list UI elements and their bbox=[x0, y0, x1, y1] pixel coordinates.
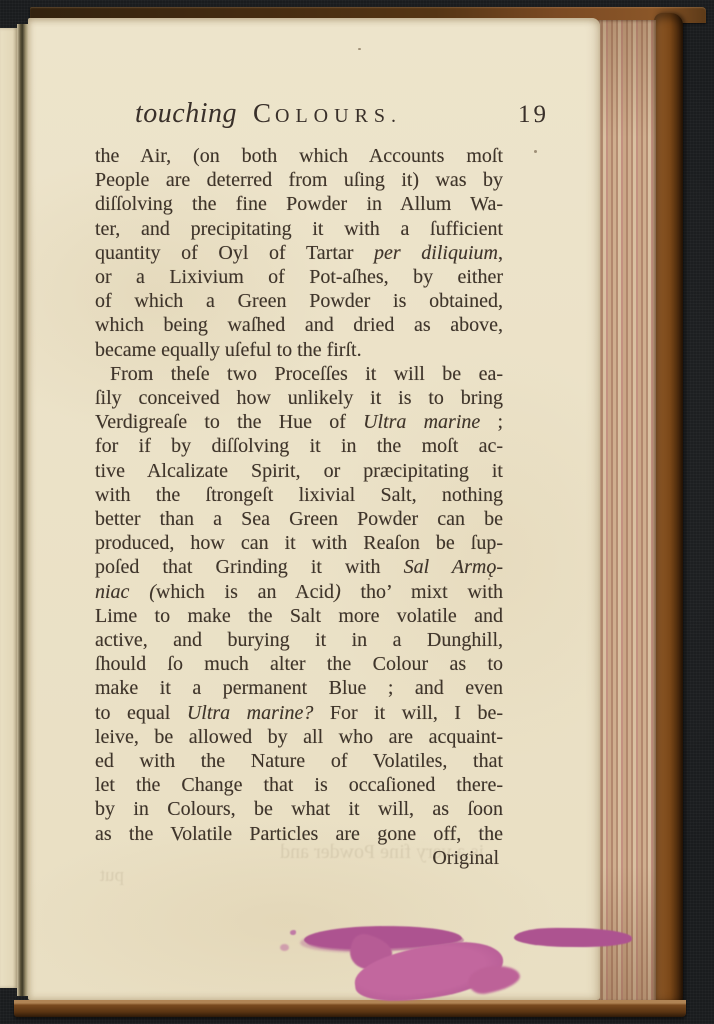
book-cover-edge bbox=[654, 13, 683, 1011]
text-line: Verdigreaſe to the Hue of Ultra marine ; bbox=[95, 410, 503, 434]
showthrough-line: is a very fine Powder and bbox=[64, 840, 484, 864]
paper-speck bbox=[488, 578, 490, 580]
text-line: Lime to make the Salt more volatile and bbox=[95, 604, 503, 628]
text-line: by in Colours, be what it will, as ſoon bbox=[95, 797, 503, 821]
running-title-caps: COLOURS. bbox=[253, 98, 402, 129]
text-line: niac (which is an Acid) tho’ mixt with bbox=[95, 580, 503, 604]
text-line: leive, be allowed by all who are acquain… bbox=[95, 725, 503, 749]
text-line: let the Change that is occaſioned there- bbox=[95, 773, 503, 797]
running-title-italic: touching bbox=[135, 98, 237, 130]
ink-stain-speck bbox=[280, 944, 289, 951]
text-line: active, and burying it in a Dunghill, bbox=[95, 628, 503, 652]
paragraph-1: the Air, (on both which Accounts moſtPeo… bbox=[95, 144, 503, 362]
photo-background: touching COLOURS. 19 the Air, (on both w… bbox=[0, 0, 714, 1024]
page-stack-fore-edge bbox=[598, 20, 656, 1004]
text-line: tive Alcalizate Spirit, or præcipitating… bbox=[95, 459, 503, 483]
text-line: ter, and precipitating it with a ſuffici… bbox=[95, 217, 503, 241]
text-line: diſſolving the fine Powder in Allum Wa- bbox=[95, 192, 503, 216]
text-line: for if by diſſolving it in the moſt ac- bbox=[95, 434, 503, 458]
paragraph-2: From theſe two Proceſſes it will be ea-ſ… bbox=[95, 362, 503, 846]
text-line: which being waſhed and dried as above, bbox=[95, 313, 503, 337]
text-line: of which a Green Powder is obtained, bbox=[95, 289, 503, 313]
text-line: or a Lixivium of Pot-aſhes, by either bbox=[95, 265, 503, 289]
paper-speck bbox=[148, 778, 150, 781]
book-bottom-edge bbox=[14, 1000, 686, 1017]
ink-stain-speck bbox=[290, 930, 296, 935]
facing-page-sliver bbox=[0, 28, 18, 988]
text-line: quantity of Oyl of Tartar per diliquium, bbox=[95, 241, 503, 265]
text-line: People are deterred from uſing it) was b… bbox=[95, 168, 503, 192]
text-line: to equal Ultra marine? For it will, I be… bbox=[95, 701, 503, 725]
paper-speck bbox=[534, 150, 537, 153]
text-line: became equally uſeful to the firſt. bbox=[95, 338, 503, 362]
text-line: ſhould ſo much alter the Colour as to bbox=[95, 652, 503, 676]
running-header: touching COLOURS. 19 bbox=[97, 98, 549, 146]
text-line: with the ſtrongeſt lixivial Salt, nothin… bbox=[95, 483, 503, 507]
page-number: 19 bbox=[518, 101, 549, 129]
text-line: poſed that Grinding it with Sal Armǫ- bbox=[95, 555, 503, 579]
text-line: ed with the Nature of Volatiles, that bbox=[95, 749, 503, 773]
page-text-block: the Air, (on both which Accounts moſtPeo… bbox=[95, 144, 503, 870]
ink-stain-streak-right bbox=[514, 927, 632, 947]
paper-speck bbox=[358, 48, 361, 50]
text-line: better than a Sea Green Powder can be bbox=[95, 507, 503, 531]
book-page: touching COLOURS. 19 the Air, (on both w… bbox=[28, 18, 600, 1000]
text-line: the Air, (on both which Accounts moſt bbox=[95, 144, 503, 168]
text-line: produced, how can it with Reaſon be ſup- bbox=[95, 531, 503, 555]
showthrough-text: is a very fine Powder and put bbox=[64, 840, 484, 888]
showthrough-line: put bbox=[64, 864, 484, 888]
text-line: ſily conceived how unlikely it is to bri… bbox=[95, 386, 503, 410]
text-line: make it a permanent Blue ; and even bbox=[95, 676, 503, 700]
text-line: From theſe two Proceſſes it will be ea- bbox=[95, 362, 503, 386]
